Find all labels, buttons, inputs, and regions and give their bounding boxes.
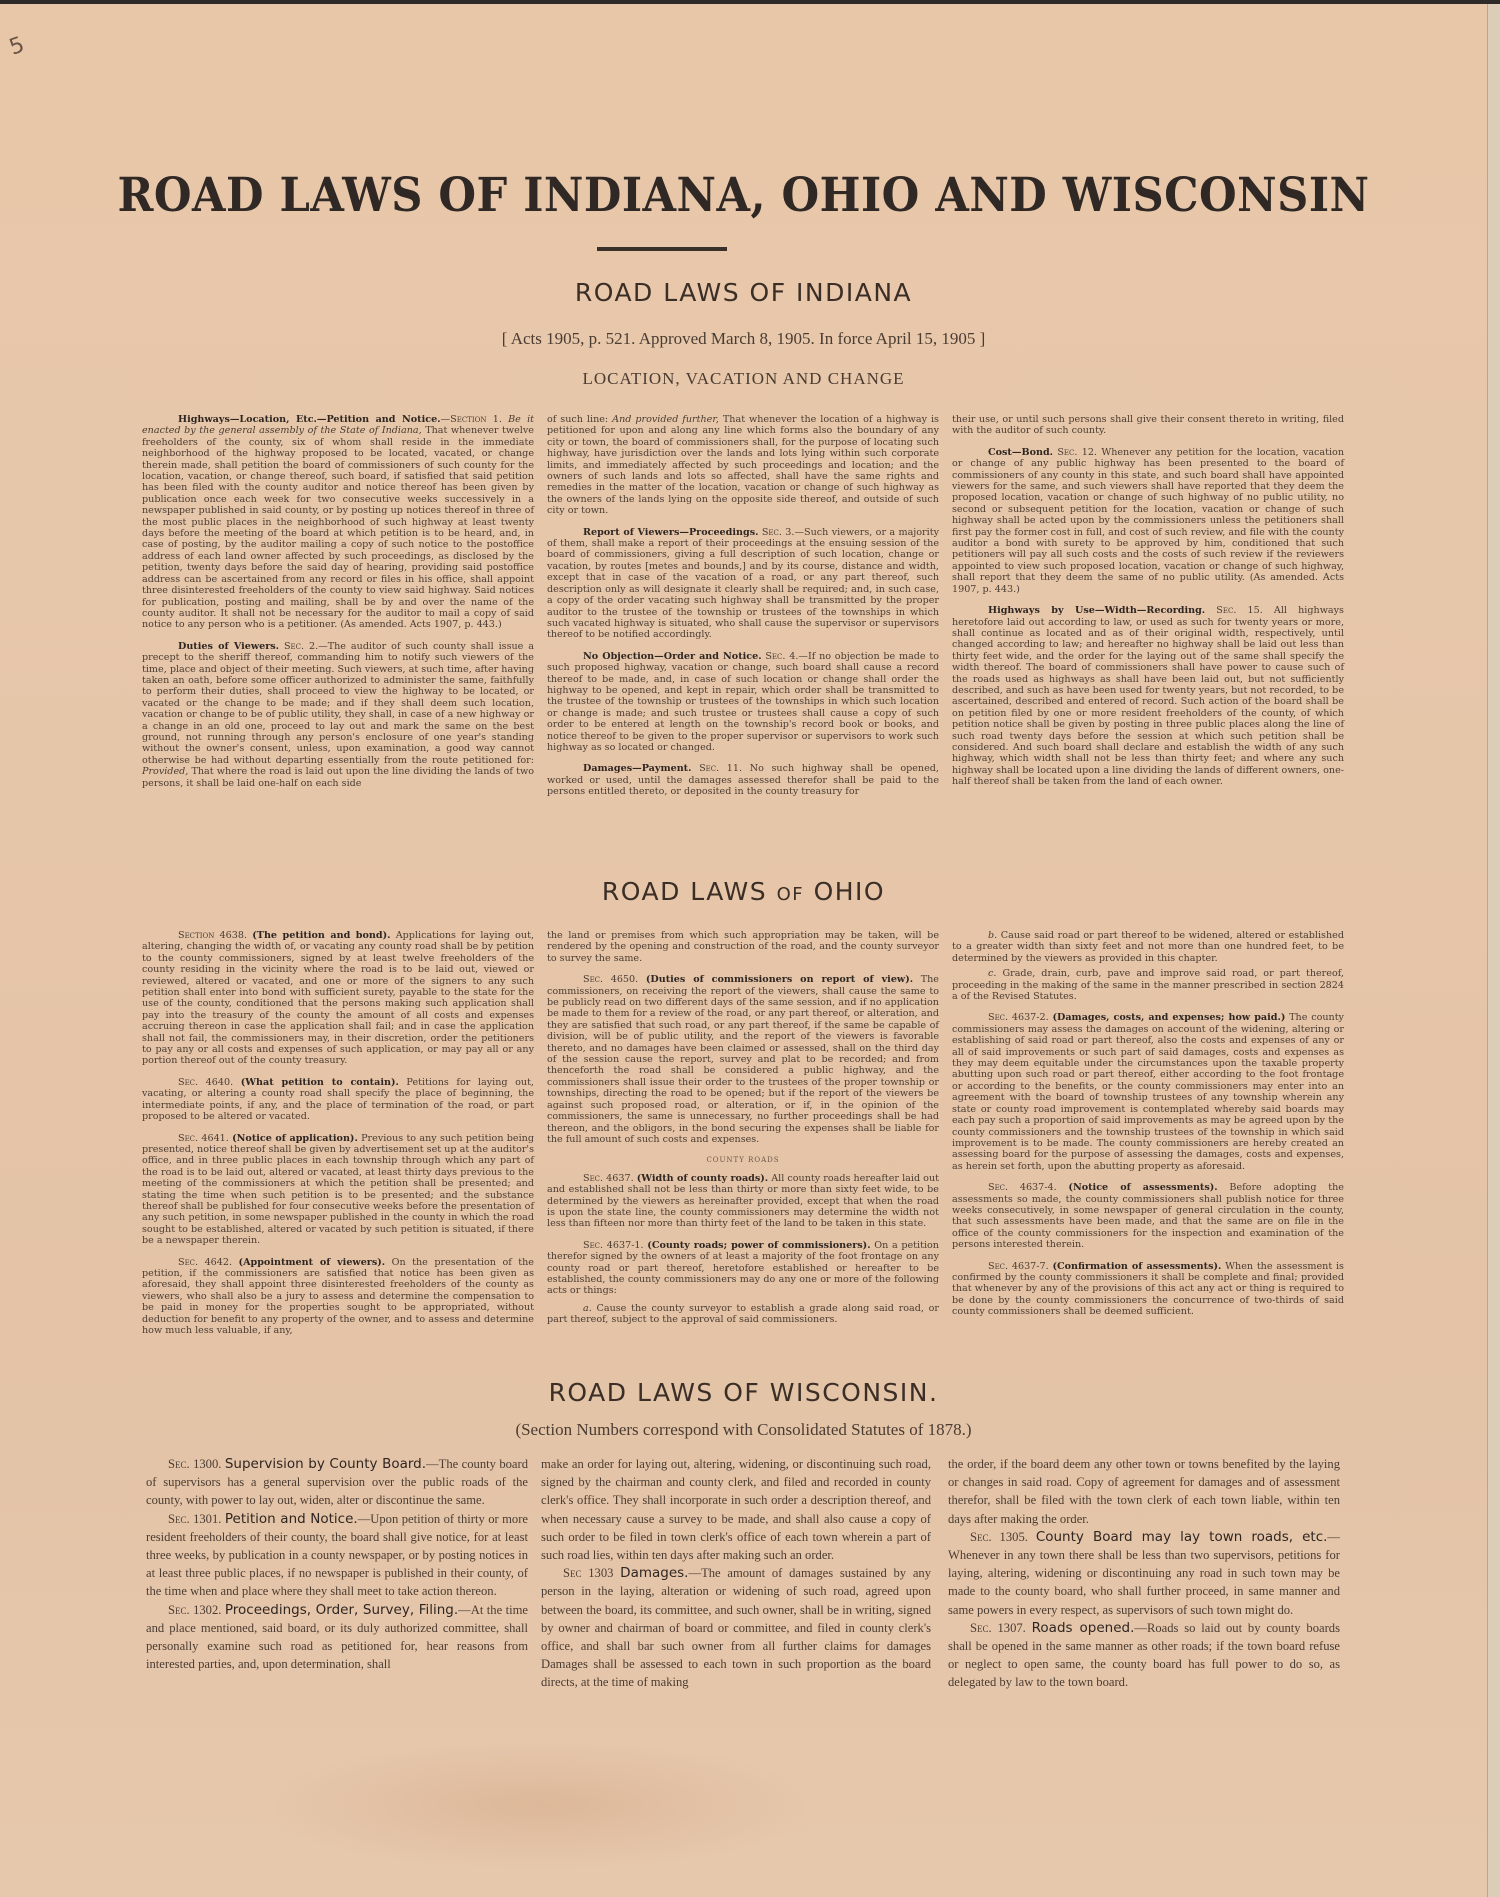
wisconsin-section-1302-continued: make an order for laying out, altering, … bbox=[541, 1455, 931, 1564]
indiana-section-15: Highways by Use—Width—Recording. Sec. 15… bbox=[952, 605, 1344, 788]
wisconsin-section-1305: Sec. 1305. County Board may lay town roa… bbox=[948, 1528, 1340, 1619]
indiana-column-1: Highways—Location, Etc.—Petition and Not… bbox=[142, 414, 534, 799]
paper-right-edge bbox=[1487, 4, 1500, 1897]
wisconsin-subtitle: (Section Numbers correspond with Consoli… bbox=[0, 1420, 1487, 1440]
indiana-section-4: No Objection—Order and Notice. Sec. 4.—I… bbox=[547, 651, 939, 754]
ohio-section-4637-7: Sec. 4637-7. (Confirmation of assessment… bbox=[952, 1261, 1344, 1318]
ohio-column-1: Section 4638. (The petition and bond). A… bbox=[142, 930, 534, 1346]
ohio-section-4637: Sec. 4637. (Width of county roads). All … bbox=[547, 1173, 939, 1230]
wisconsin-column-3: the order, if the board deem any other t… bbox=[948, 1455, 1340, 1692]
title-rule-divider bbox=[597, 247, 727, 251]
ohio-section-4641: Sec. 4641. (Notice of application). Prev… bbox=[142, 1133, 534, 1247]
indiana-column-2: of such line: And provided further, That… bbox=[547, 414, 939, 808]
wisconsin-section-1307: Sec. 1307. Roads opened.—Roads so laid o… bbox=[948, 1619, 1340, 1692]
ohio-section-4637-1-item-c: c. Grade, drain, curb, pave and improve … bbox=[952, 968, 1344, 1002]
ohio-section-4642: Sec. 4642. (Appointment of viewers). On … bbox=[142, 1257, 534, 1337]
indiana-section-1: Highways—Location, Etc.—Petition and Not… bbox=[142, 414, 534, 631]
water-stain bbox=[260, 1740, 820, 1870]
wisconsin-section-1301: Sec. 1301. Petition and Notice.—Upon pet… bbox=[146, 1510, 528, 1601]
indiana-title: ROAD LAWS OF INDIANA bbox=[0, 278, 1487, 307]
ohio-section-4637-4: Sec. 4637-4. (Notice of assessments). Be… bbox=[952, 1182, 1344, 1250]
wisconsin-title: ROAD LAWS OF WISCONSIN. bbox=[0, 1378, 1487, 1407]
indiana-section-11: Damages—Payment. Sec. 11. No such highwa… bbox=[547, 763, 939, 797]
wisconsin-section-1300: Sec. 1300. Supervision by County Board.—… bbox=[146, 1455, 528, 1510]
ohio-section-4650: Sec. 4650. (Duties of commissioners on r… bbox=[547, 974, 939, 1145]
ohio-section-4640: Sec. 4640. (What petition to contain). P… bbox=[142, 1077, 534, 1123]
ohio-section-4642-continued: the land or premises from which such app… bbox=[547, 930, 939, 964]
indiana-section-3: Report of Viewers—Proceedings. Sec. 3.—S… bbox=[547, 527, 939, 641]
ohio-section-4637-1-item-b: b. Cause said road or part thereof to be… bbox=[952, 930, 1344, 964]
indiana-subtitle: LOCATION, VACATION AND CHANGE bbox=[0, 369, 1487, 389]
indiana-section-11-continued: their use, or until such persons shall g… bbox=[952, 414, 1344, 437]
ohio-section-4638: Section 4638. (The petition and bond). A… bbox=[142, 930, 534, 1067]
ohio-title: ROAD LAWS OF OHIO bbox=[0, 877, 1487, 906]
ohio-section-4637-1-item-a: a. Cause the county surveyor to establis… bbox=[547, 1303, 939, 1326]
main-title: ROAD LAWS OF INDIANA, OHIO AND WISCONSIN bbox=[59, 168, 1427, 223]
ohio-column-3: b. Cause said road or part thereof to be… bbox=[952, 930, 1344, 1328]
wisconsin-section-1302: Sec. 1302. Proceedings, Order, Survey, F… bbox=[146, 1601, 528, 1674]
county-roads-label: COUNTY ROADS bbox=[547, 1155, 939, 1166]
ohio-section-4637-2: Sec. 4637-2. (Damages, costs, and expens… bbox=[952, 1012, 1344, 1172]
indiana-column-3: their use, or until such persons shall g… bbox=[952, 414, 1344, 798]
ohio-column-2: the land or premises from which such app… bbox=[547, 930, 939, 1330]
ohio-section-4637-1: Sec. 4637-1. (County roads; power of com… bbox=[547, 1240, 939, 1297]
indiana-acts-line: [ Acts 1905, p. 521. Approved March 8, 1… bbox=[0, 329, 1487, 349]
wisconsin-column-1: Sec. 1300. Supervision by County Board.—… bbox=[146, 1455, 528, 1673]
indiana-section-2: Duties of Viewers. Sec. 2.—The auditor o… bbox=[142, 641, 534, 789]
wisconsin-column-2: make an order for laying out, altering, … bbox=[541, 1455, 931, 1692]
indiana-section-12: Cost—Bond. Sec. 12. Whenever any petitio… bbox=[952, 447, 1344, 595]
indiana-section-2-continued: of such line: And provided further, That… bbox=[547, 414, 939, 517]
wisconsin-section-1303: Sec 1303 Damages.—The amount of damages … bbox=[541, 1564, 931, 1691]
wisconsin-section-1303-continued: the order, if the board deem any other t… bbox=[948, 1455, 1340, 1528]
